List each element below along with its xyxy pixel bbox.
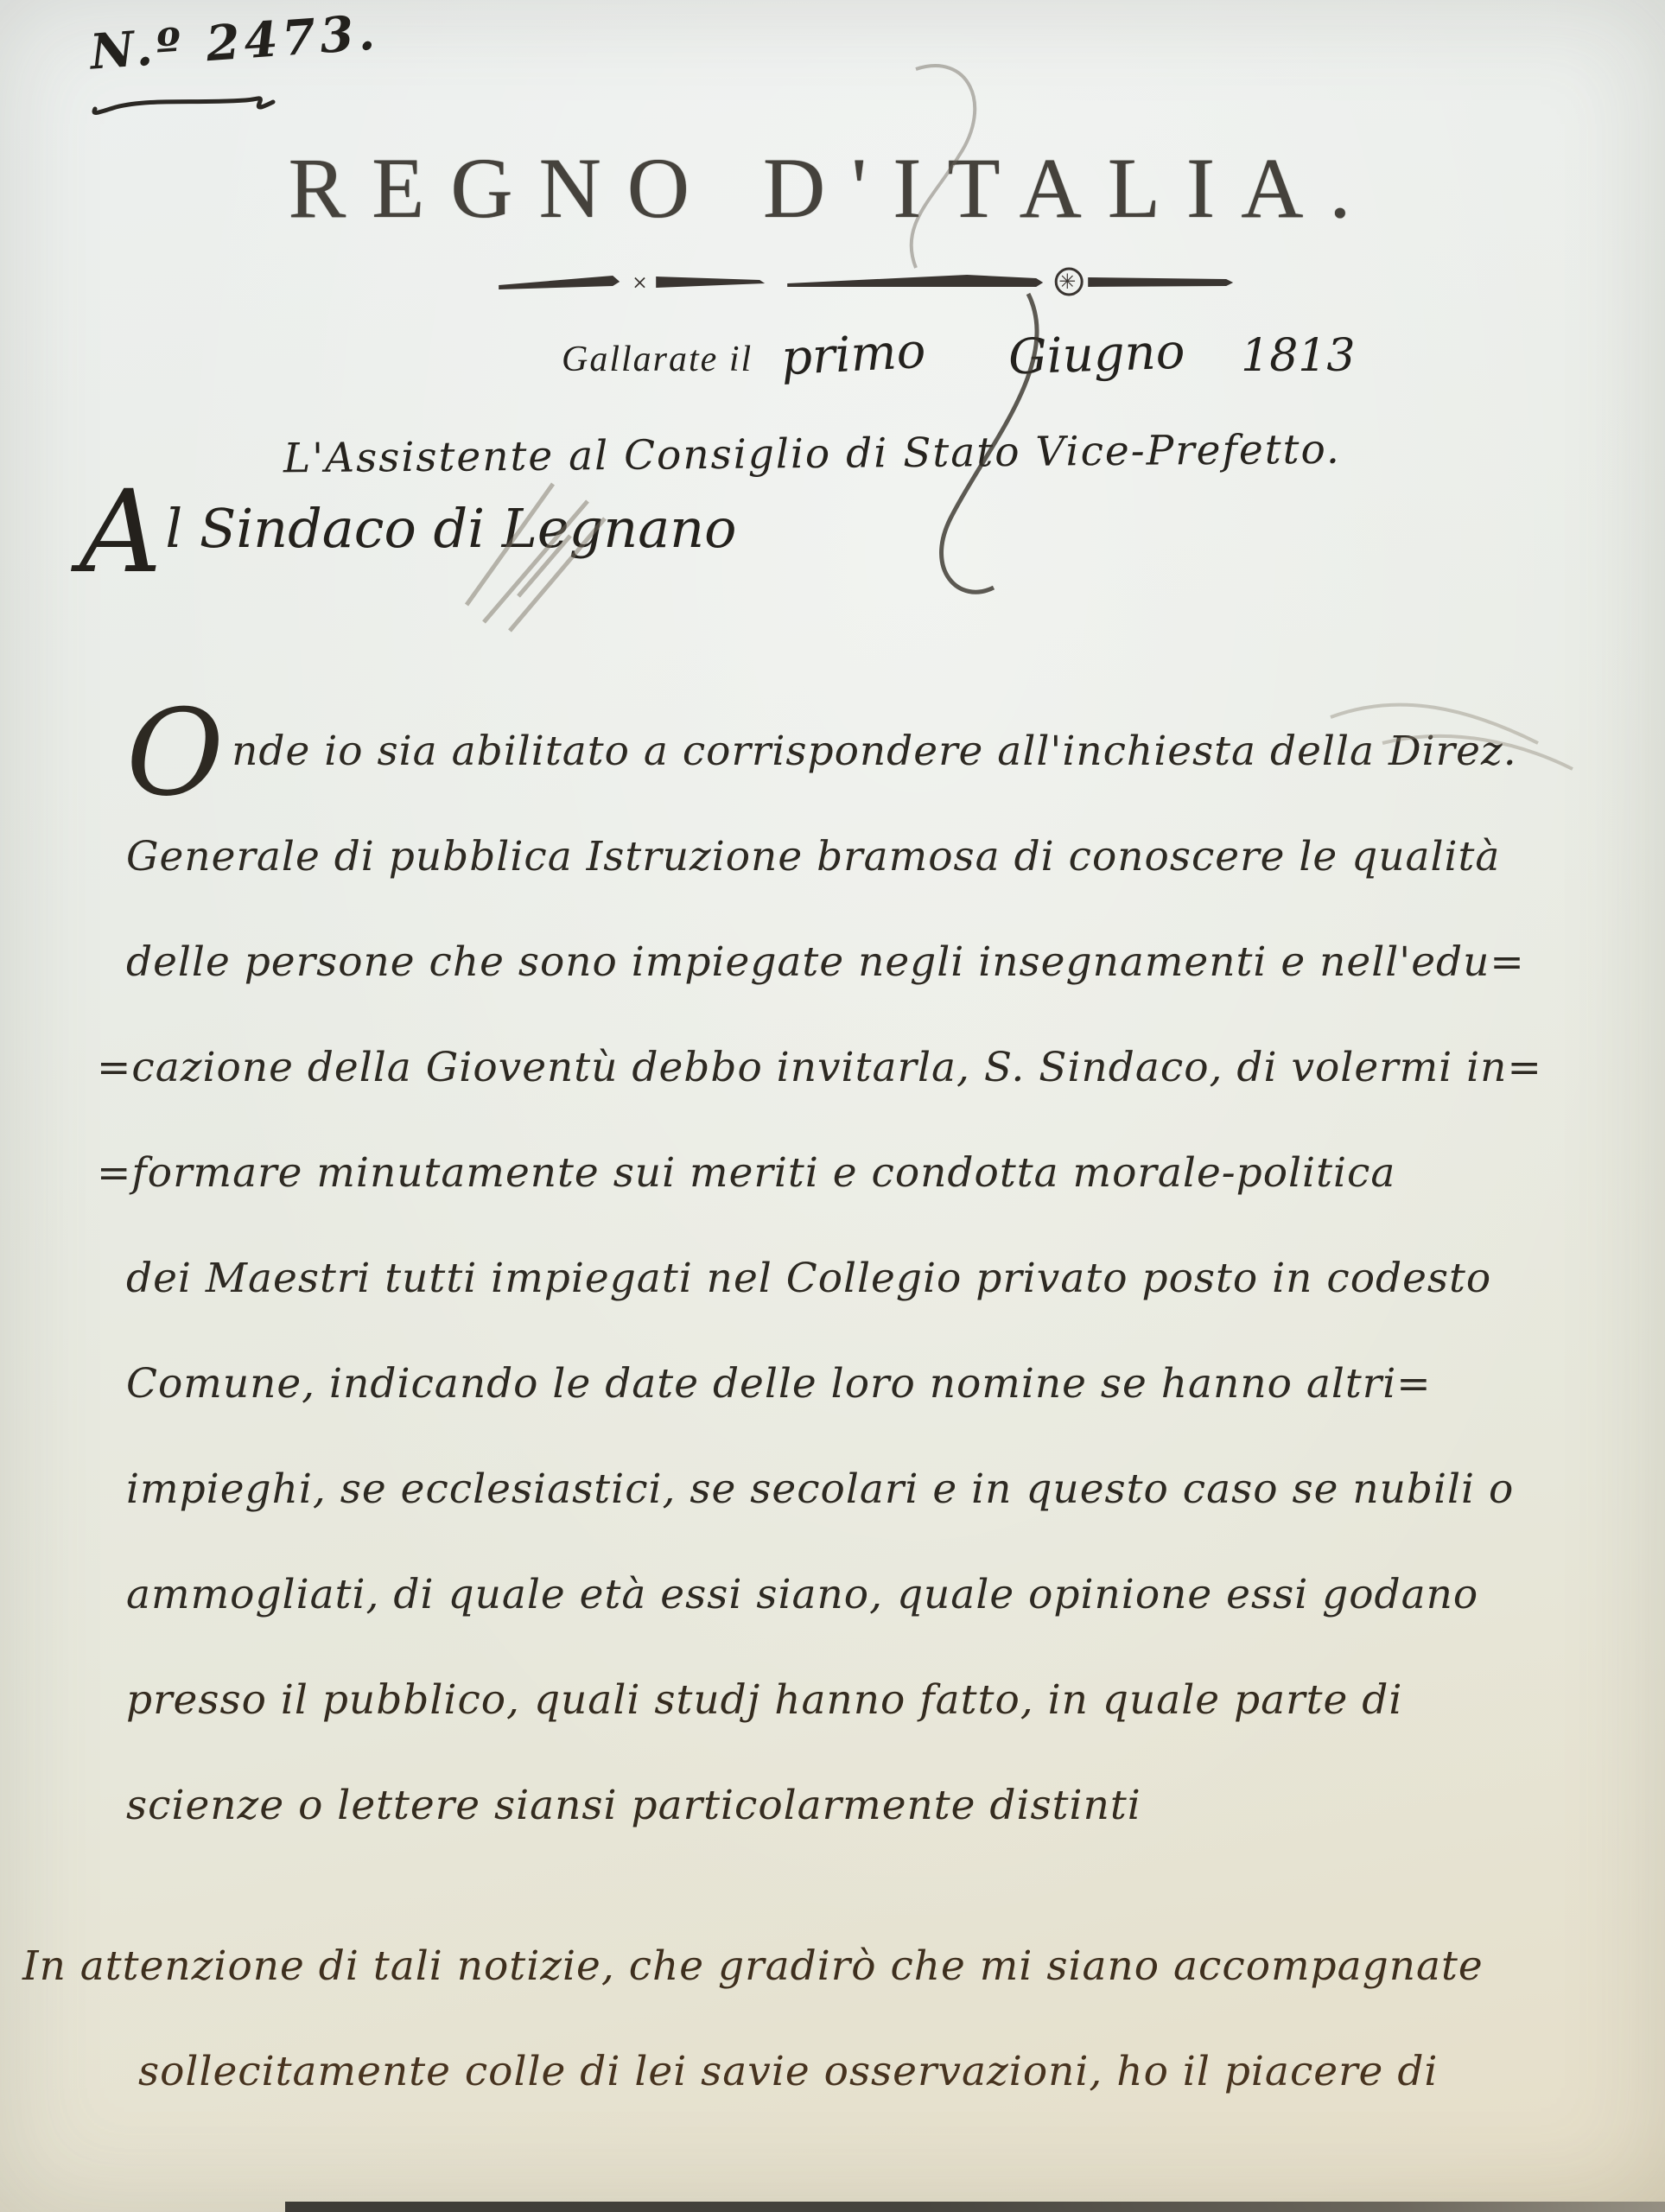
dateline-day: primo	[780, 323, 928, 387]
register-number: N.º 2473.	[88, 3, 381, 80]
recipient-line: Al Sindaco di Legnano	[79, 497, 736, 560]
divider-x-ornament: ⨯	[632, 272, 647, 294]
body-line: sollecitamente colle di lei savie osserv…	[138, 2048, 1665, 2153]
manuscript-page: N.º 2473. REGNO D'ITALIA. ⨯ ✳ Gallarate …	[0, 0, 1665, 2212]
body-line: Generale di pubblica Istruzione bramosa …	[126, 833, 1665, 938]
body-line: impieghi, se ecclesiastici, se secolari …	[126, 1465, 1665, 1571]
number-flourish-underline	[90, 86, 289, 121]
body-line: Comune, indicando le date delle loro nom…	[126, 1360, 1665, 1465]
body-line: delle persone che sono impiegate negli i…	[126, 938, 1665, 1044]
divider-rosette-icon: ✳	[1058, 270, 1076, 294]
dateline: Gallarate il primo Giugno 1813	[562, 327, 1355, 383]
body-line: In attenzione di tali notizie, che gradi…	[22, 1942, 1665, 2048]
body-line: ammogliati, di quale età essi siano, qua…	[126, 1571, 1665, 1676]
dateline-month: Giugno	[1007, 323, 1185, 385]
ornamental-divider: ⨯ ✳	[483, 264, 1243, 302]
dateline-printed-place: Gallarate il	[562, 340, 753, 379]
letterhead-title: REGNO D'ITALIA.	[0, 138, 1665, 238]
body-line: dei Maestri tutti impiegati nel Collegio…	[126, 1255, 1665, 1360]
dateline-year: 1813	[1241, 330, 1355, 382]
sender-title-line: L'Assistente al Consiglio di Stato Vice-…	[283, 426, 1341, 483]
body-line: Onde io sia abilitato a corrispondere al…	[126, 728, 1665, 833]
body-line: presso il pubblico, quali studj hanno fa…	[126, 1676, 1665, 1782]
scan-bottom-edge	[285, 2202, 1665, 2212]
body-line: scienze o lettere siansi particolarmente…	[126, 1782, 1665, 1887]
letter-body: Onde io sia abilitato a corrispondere al…	[0, 728, 1665, 2153]
body-line: =cazione della Gioventù debbo invitarla,…	[97, 1044, 1665, 1149]
body-line: =formare minutamente sui meriti e condot…	[97, 1149, 1665, 1255]
